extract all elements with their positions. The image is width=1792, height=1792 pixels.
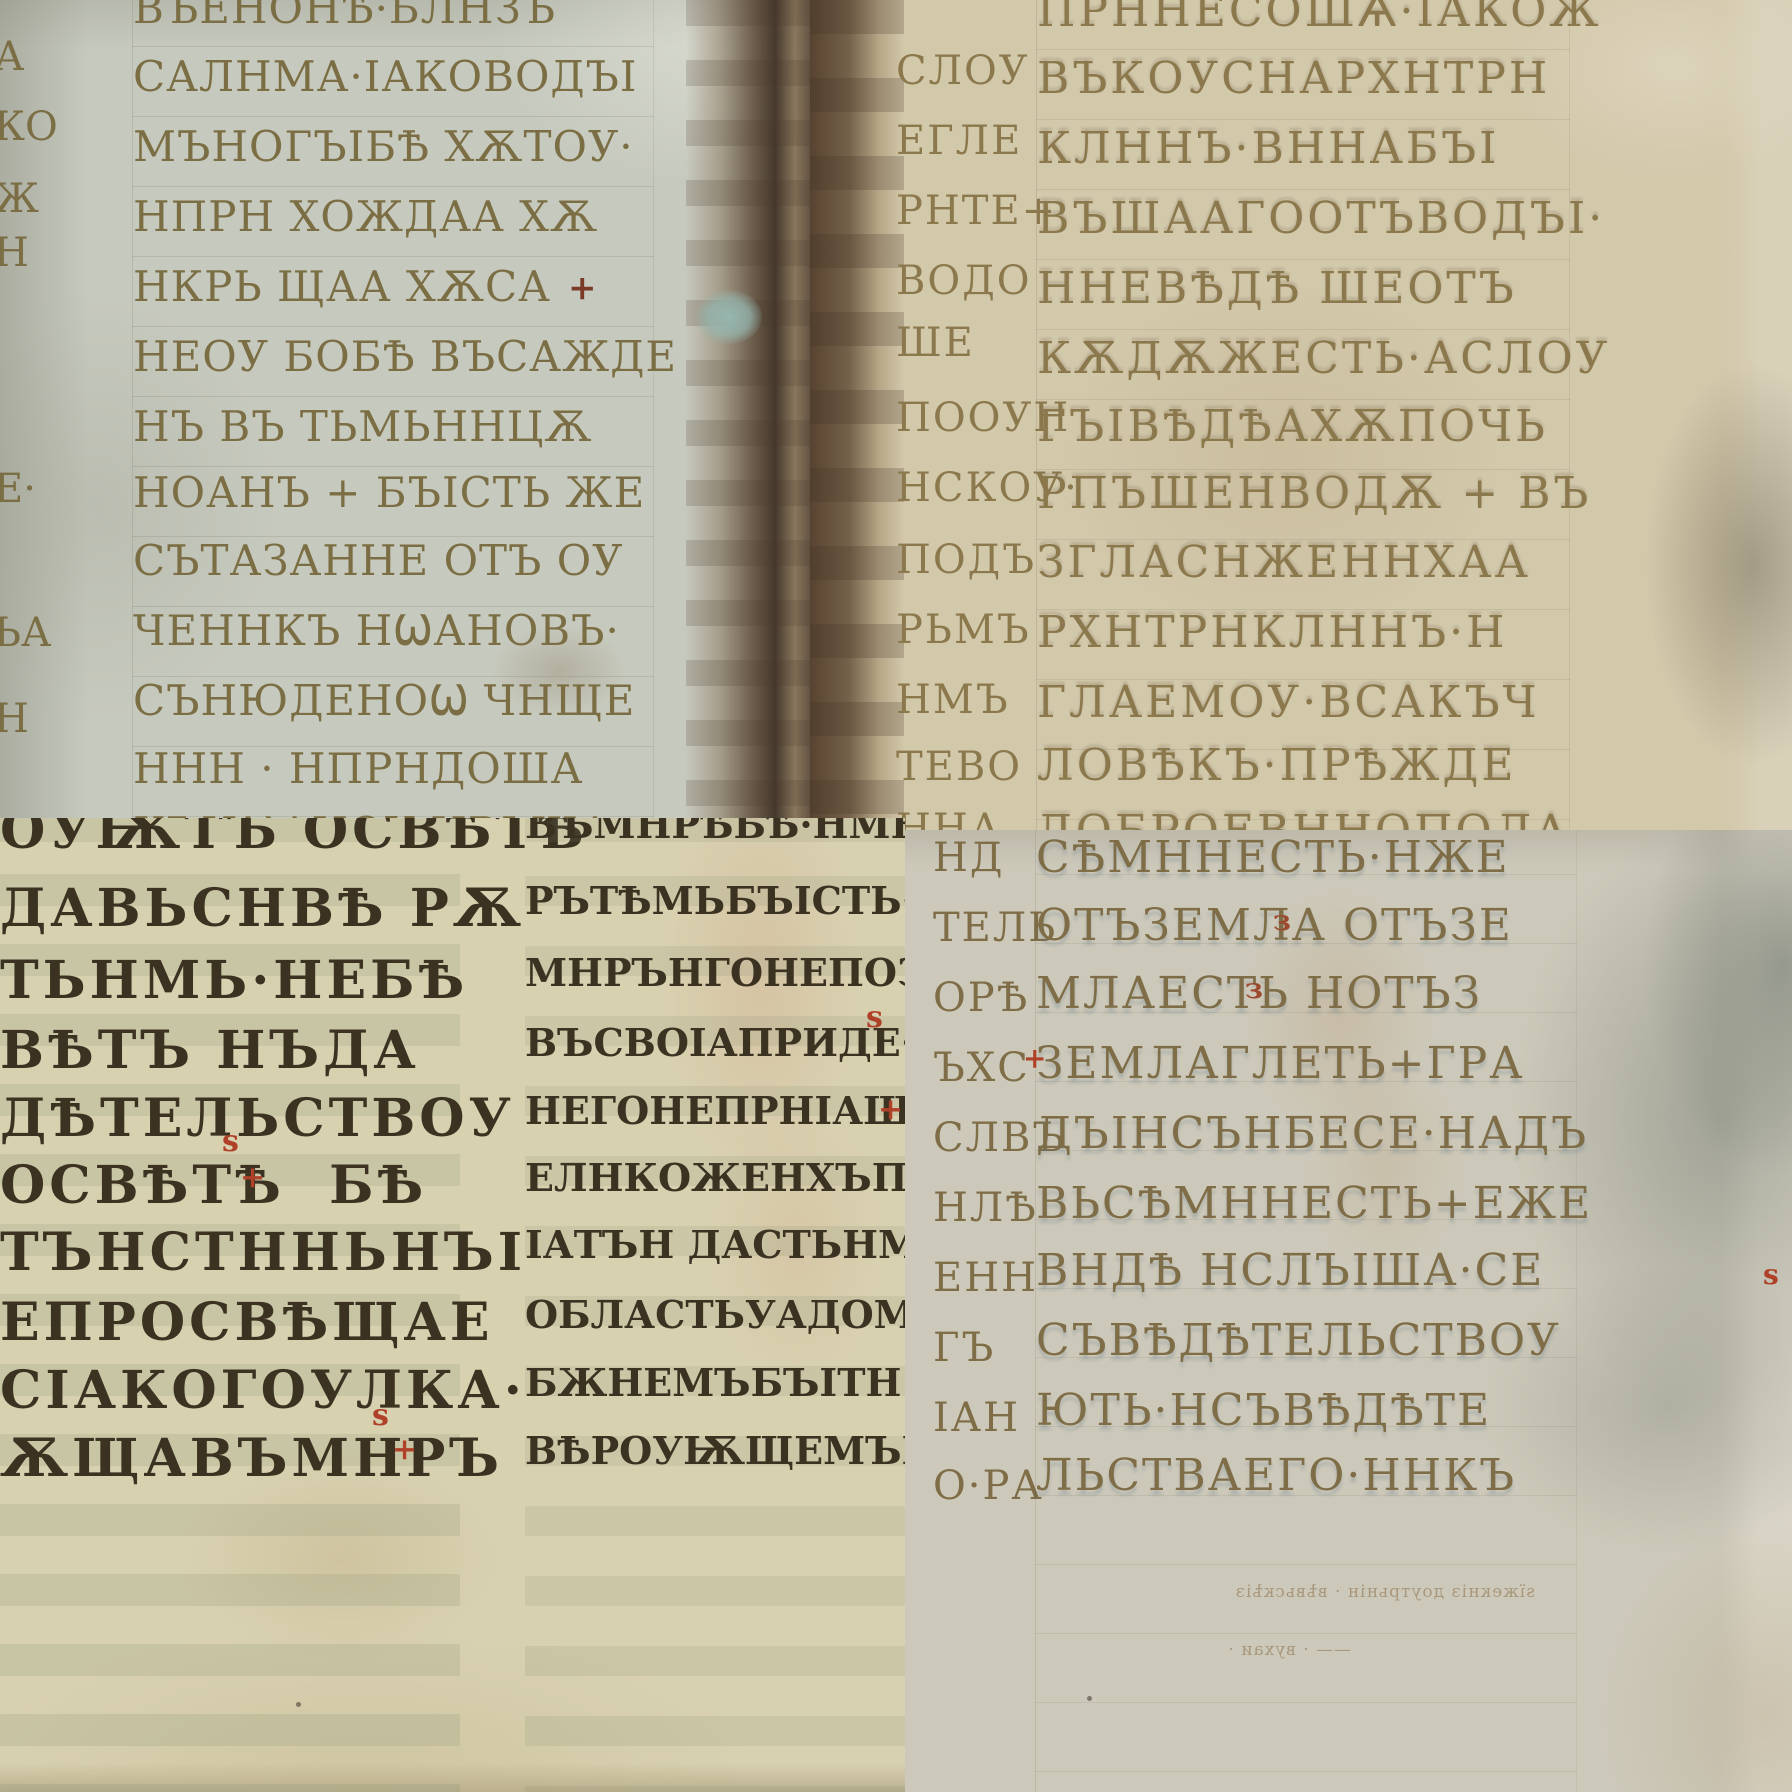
rubric-mark: +	[1023, 1042, 1046, 1075]
margin-fragment: ПОДЪ	[896, 537, 1036, 583]
text-column: ПРННЕСОШѦ·ІАКОЖВЪКОУСНАРХНТРНКЛННЪ·ВННАБ…	[1036, 0, 1570, 830]
teal-damage-patch	[696, 290, 762, 344]
manuscript-line: КЛННЪ·ВННАБЪІ	[1037, 123, 1500, 174]
manuscript-line: ВЪШААГООТЪВОДЪІ·	[1037, 193, 1605, 244]
rubric-mark: +	[878, 1092, 903, 1127]
margin-fragment: РНТЕ+	[896, 188, 1057, 234]
book-gutter-fold	[686, 0, 810, 818]
ink-speck	[296, 1702, 301, 1707]
margin-fragment: ЕГЛЕ	[896, 118, 1022, 164]
margin-fragment: ТЕВО	[896, 744, 1022, 790]
photo-bottom-left: ОУѬТЪ ОСВѢТѢДАВЬСНВѢ РѪТЬНМЬ·НЕБѢВѢТЪ НЪ…	[0, 818, 905, 1792]
rubric-mark: з	[1245, 972, 1263, 1005]
book-gutter-fold	[810, 0, 904, 830]
margin-fragment: ВОДО	[896, 258, 1032, 304]
line-ending-fragments-column: СЛОУЕГЛЕРНТЕ+ВОДОШЕПООУННСКОУ·ПОДЪРЬМЪНМ…	[896, 0, 1028, 830]
margin-fragment: НМЪ	[896, 677, 1010, 723]
rubric-mark: +	[568, 268, 597, 308]
margin-fragment: ННА	[896, 806, 1002, 830]
margin-fragment: РЬМЪ	[896, 607, 1031, 653]
manuscript-line: ВЪКОУСНАРХНТРН	[1037, 53, 1550, 104]
photo-top-right: СЛОУЕГЛЕРНТЕ+ВОДОШЕПООУННСКОУ·ПОДЪРЬМЪНМ…	[810, 0, 1792, 830]
rubric-mark: ѕ	[866, 1000, 883, 1035]
manuscript-line: КѪДѪЖЕСТЬ·АСЛОУ	[1037, 333, 1610, 384]
photo-bottom-right: НДТЕЛЬОРѢЪХССЛВЪНЛѢЕННГЪІАНО·РА СѢМННЕСТ…	[905, 830, 1792, 1792]
ink-speck	[1087, 1696, 1092, 1701]
manuscript-line: РХНТРНКЛННЪ·Н	[1037, 607, 1507, 658]
margin-fragment: ШЕ	[896, 320, 975, 366]
manuscript-line: ДОБРОЕВННОПОЛА	[1037, 806, 1571, 830]
faint-mirrored-note-line1: ѕїжекніз доутрьнін · вѣвьскѣіз	[1145, 1582, 1535, 1602]
faint-mirrored-note-line2: —— · вухаи ·	[1161, 1640, 1351, 1660]
manuscript-line: ЗГЛАСНЖЕННХАА	[1037, 537, 1531, 588]
manuscript-line: ЛОВѢКЪ·ПРѢЖДЕ	[1037, 740, 1516, 791]
rubric-marks: ѕ+ѕ+ѕ+	[0, 818, 905, 1792]
manuscript-line: ПРННЕСОШѦ·ІАКОЖ	[1037, 0, 1602, 37]
rubric-mark: з	[1273, 904, 1291, 937]
manuscript-line: ГЪІВѢДѢАХѪПОЧЬ	[1037, 401, 1548, 452]
rubric-mark: +	[240, 1160, 265, 1195]
rubric-mark: ѕ	[372, 1398, 389, 1433]
rubric-mark: ѕ	[222, 1124, 239, 1159]
rubric-mark: +	[392, 1432, 417, 1467]
manuscript-line: ННЕВѢДѢ ШЕОТЪ	[1037, 263, 1517, 314]
rubric-mark: ѕ	[1763, 1258, 1779, 1291]
manuscript-collage: ВЪЕНОНѢ·БЛНЗЪСАЛНМА·ІАКОВОДЪІМЪНОГЪІБѢ Х…	[0, 0, 1792, 1792]
photo-top-left: ВЪЕНОНѢ·БЛНЗЪСАЛНМА·ІАКОВОДЪІМЪНОГЪІБѢ Х…	[0, 0, 810, 818]
manuscript-line: ГЛАЕМОУ·ВСАКЪЧ	[1037, 677, 1540, 728]
margin-fragment: СЛОУ	[896, 48, 1030, 94]
manuscript-line: РПЪШЕНВОДѪ + ВЪ	[1037, 468, 1591, 519]
